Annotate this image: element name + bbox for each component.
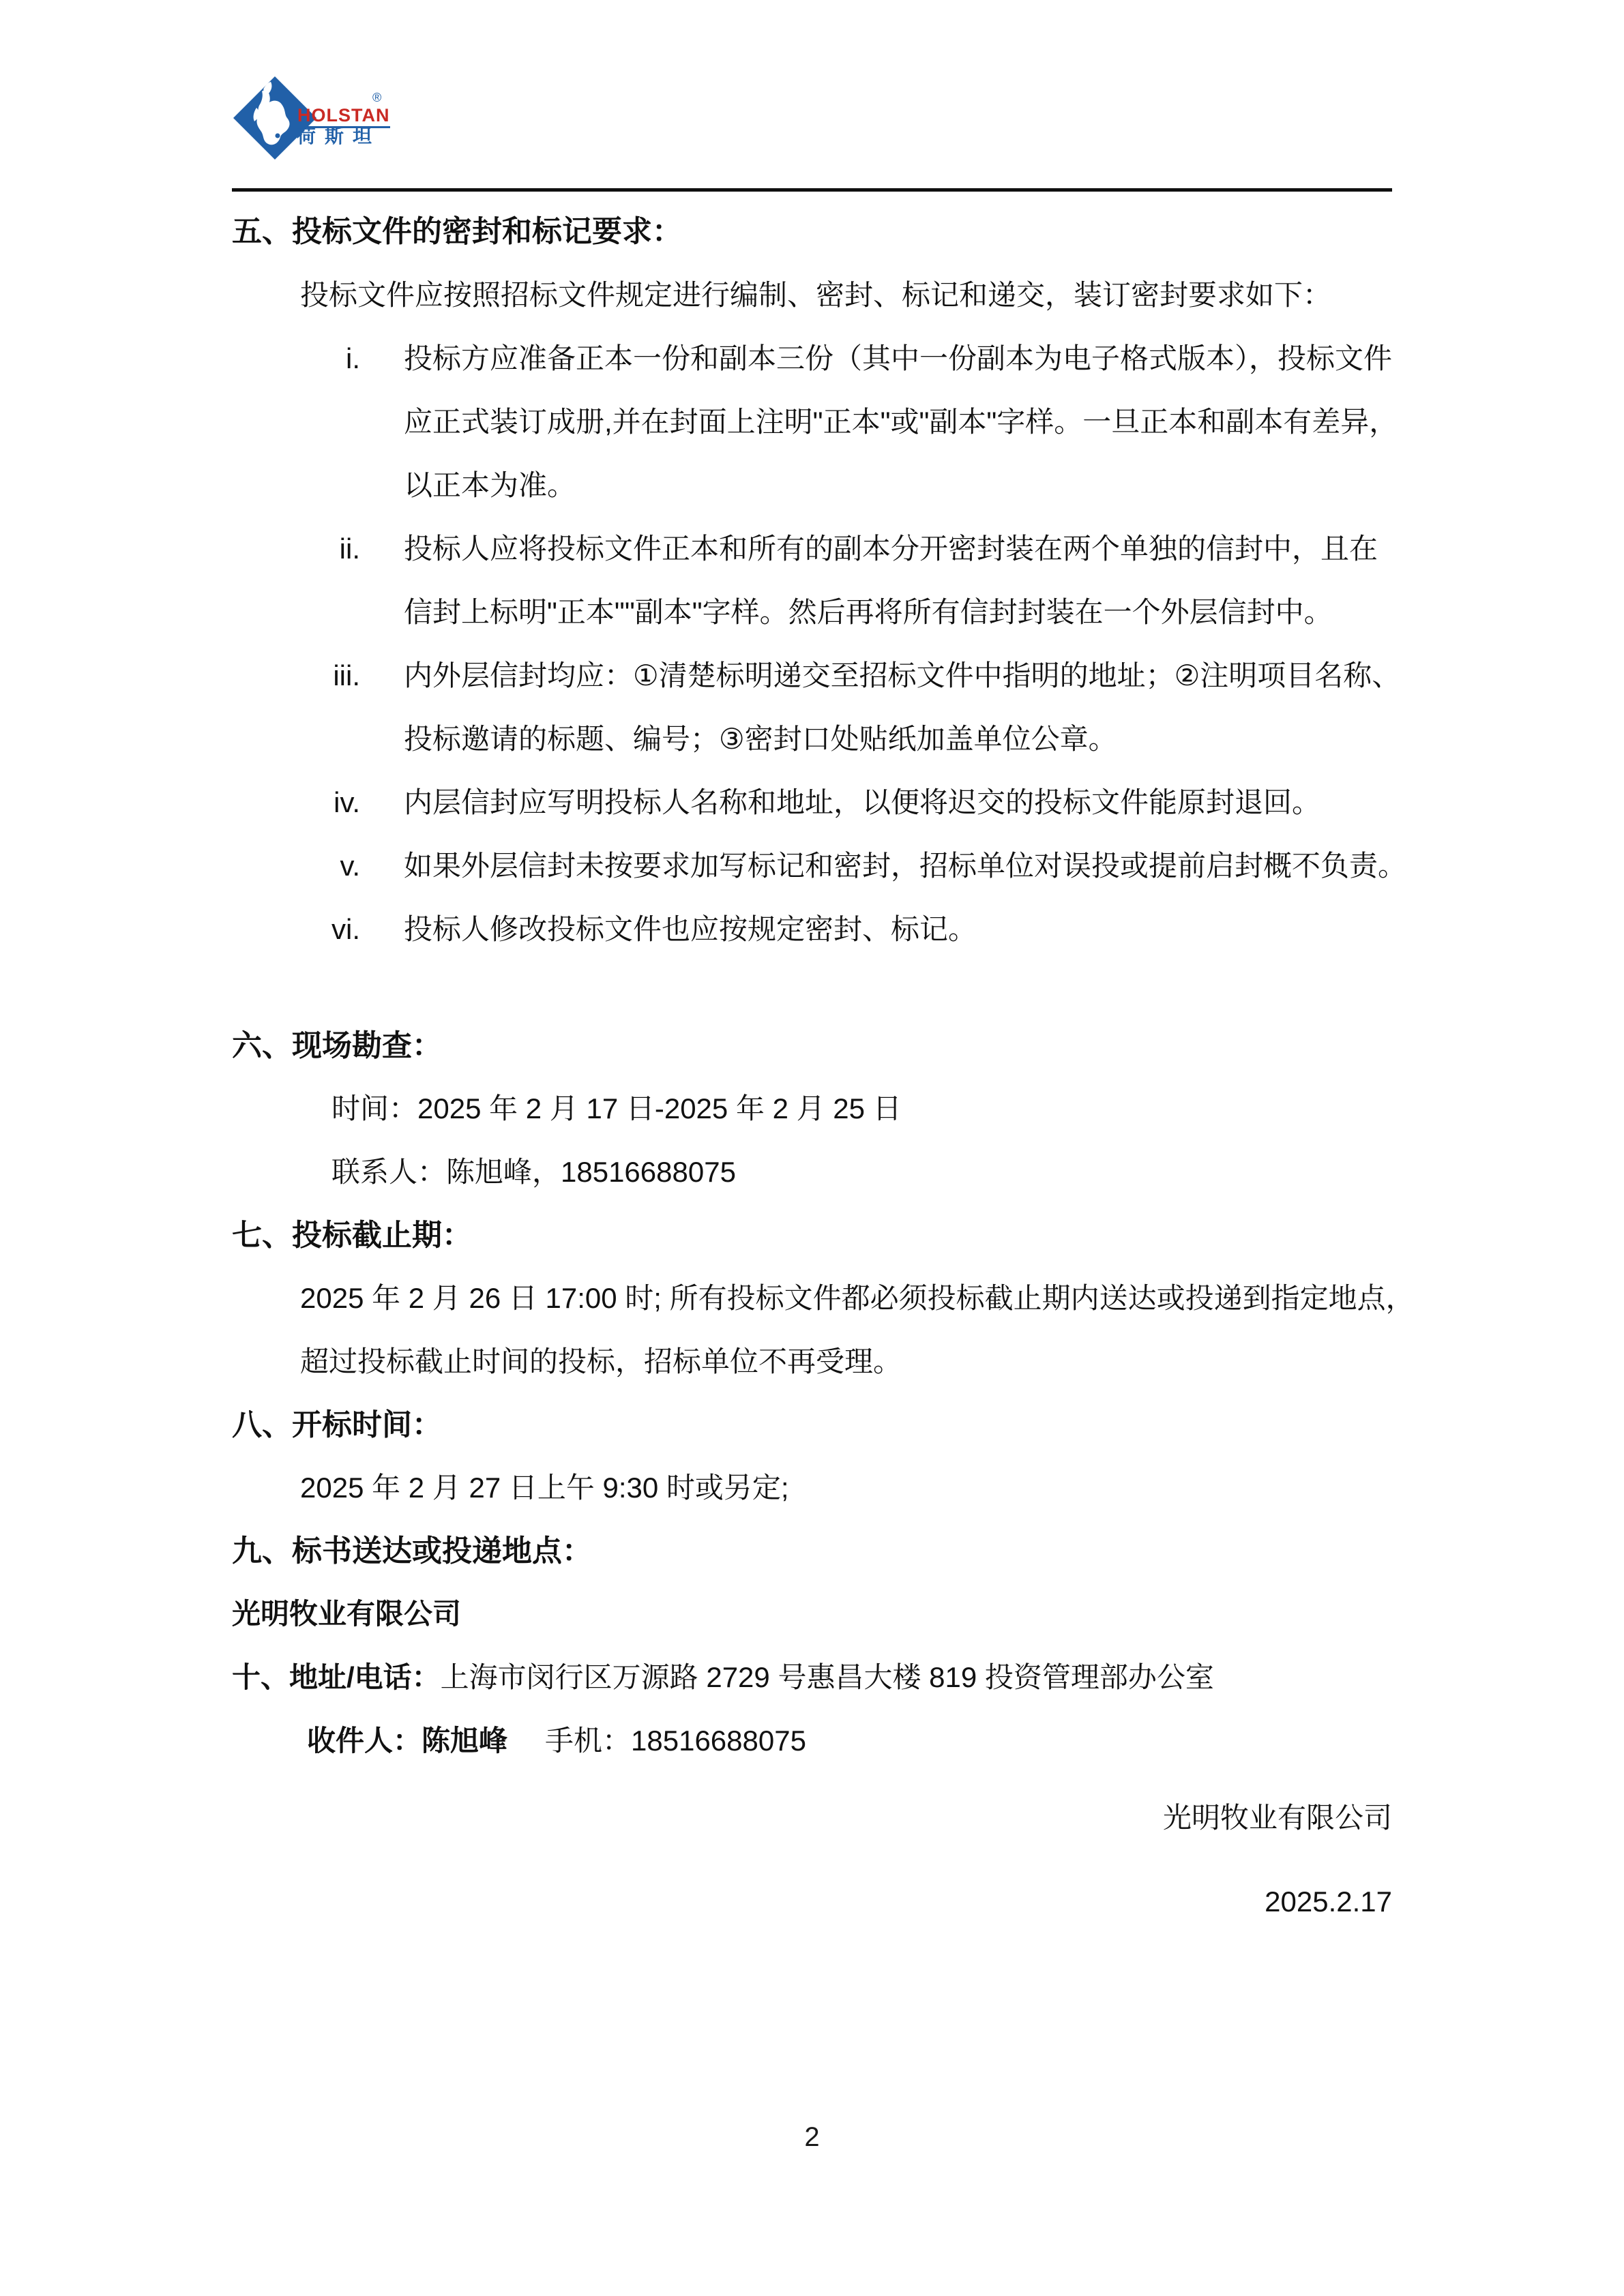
survey-contact: 联系人：陈旭峰，18516688075 — [232, 1140, 1392, 1204]
deadline-line-2: 超过投标截止时间的投标，招标单位不再受理。 — [232, 1330, 1392, 1393]
list-item-iii: iii. 内外层信封均应：①清楚标明递交至招标文件中指明的地址；②注明项目名称、… — [232, 644, 1392, 771]
section-8-heading: 八、开标时间： — [232, 1401, 1392, 1449]
address-label: 十、地址/电话： — [232, 1661, 441, 1693]
document-page: { "logo": { "brand": "HOLSTAN", "reg": "… — [0, 0, 1624, 2296]
delivery-company: 光明牧业有限公司 — [232, 1582, 1392, 1645]
list-item-line: 投标人修改投标文件也应按规定密封、标记。 — [404, 897, 1392, 961]
company-logo: HOLSTAN ® 荷斯坦 — [232, 65, 396, 162]
document-content: 五、投标文件的密封和标记要求： 投标文件应按照招标文件规定进行编制、密封、标记和… — [232, 205, 1392, 1933]
deadline-line-1: 2025 年 2 月 26 日 17:00 时; 所有投标文件都必须投标截止期内… — [232, 1266, 1392, 1330]
recipient-line: 收件人：陈旭峰手机：18516688075 — [232, 1709, 1392, 1772]
survey-time: 时间：2025 年 2 月 17 日-2025 年 2 月 25 日 — [232, 1077, 1392, 1140]
list-item-number: i. — [232, 327, 360, 390]
logo-brand-chinese: 荷斯坦 — [297, 127, 381, 146]
list-item-i: i. 投标方应准备正本一份和副本三份（其中一份副本为电子格式版本），投标文件 应… — [232, 327, 1392, 517]
list-item-line: 投标邀请的标题、编号；③密封口处贴纸加盖单位公章。 — [404, 707, 1392, 771]
list-item-line: 内层信封应写明投标人名称和地址，以便将迟交的投标文件能原封退回。 — [404, 771, 1392, 834]
list-item-line: 内外层信封均应：①清楚标明递交至招标文件中指明的地址；②注明项目名称、 — [404, 644, 1392, 707]
registered-trademark-icon: ® — [372, 91, 381, 104]
list-item-line: 投标人应将投标文件正本和所有的副本分开密封装在两个单独的信封中，且在 — [404, 517, 1392, 580]
address-line: 十、地址/电话：上海市闵行区万源路 2729 号惠昌大楼 819 投资管理部办公… — [232, 1645, 1392, 1709]
section-5-intro: 投标文件应按照招标文件规定进行编制、密封、标记和递交，装订密封要求如下： — [232, 263, 1392, 327]
page-number: 2 — [0, 2122, 1624, 2153]
recipient-phone: 手机：18516688075 — [545, 1725, 806, 1757]
signature-date: 2025.2.17 — [232, 1870, 1392, 1933]
section-9-heading: 九、标书送达或投递地点： — [232, 1527, 1392, 1575]
signature-company: 光明牧业有限公司 — [232, 1786, 1392, 1849]
list-item-vi: vi. 投标人修改投标文件也应按规定密封、标记。 — [232, 897, 1392, 961]
list-item-iv: iv. 内层信封应写明投标人名称和地址，以便将迟交的投标文件能原封退回。 — [232, 771, 1392, 834]
bid-opening-time: 2025 年 2 月 27 日上午 9:30 时或另定; — [232, 1456, 1392, 1519]
list-item-number: iv. — [232, 771, 360, 834]
recipient-name: 收件人：陈旭峰 — [307, 1725, 507, 1757]
list-item-line: 信封上标明"正本""副本"字样。然后再将所有信封封装在一个外层信封中。 — [404, 580, 1392, 644]
section-7-heading: 七、投标截止期： — [232, 1212, 1392, 1259]
list-item-number: vi. — [232, 897, 360, 961]
list-item-line: 应正式装订成册,并在封面上注明"正本"或"副本"字样。一旦正本和副本有差异， — [404, 390, 1392, 453]
list-item-number: ii. — [232, 517, 360, 580]
header-divider — [232, 188, 1392, 192]
section-6-heading: 六、现场勘查： — [232, 1022, 1392, 1070]
list-item-v: v. 如果外层信封未按要求加写标记和密封，招标单位对误投或提前启封概不负责。 — [232, 834, 1392, 897]
list-item-ii: ii. 投标人应将投标文件正本和所有的副本分开密封装在两个单独的信封中，且在 信… — [232, 517, 1392, 644]
list-item-line: 投标方应准备正本一份和副本三份（其中一份副本为电子格式版本），投标文件 — [404, 327, 1392, 390]
list-item-number: v. — [232, 834, 360, 897]
list-item-line: 如果外层信封未按要求加写标记和密封，招标单位对误投或提前启封概不负责。 — [404, 834, 1392, 897]
list-item-number: iii. — [232, 644, 360, 707]
section-5-heading: 五、投标文件的密封和标记要求： — [232, 209, 1392, 255]
list-item-line: 以正本为准。 — [404, 453, 1392, 517]
address-value: 上海市闵行区万源路 2729 号惠昌大楼 819 投资管理部办公室 — [441, 1661, 1214, 1693]
